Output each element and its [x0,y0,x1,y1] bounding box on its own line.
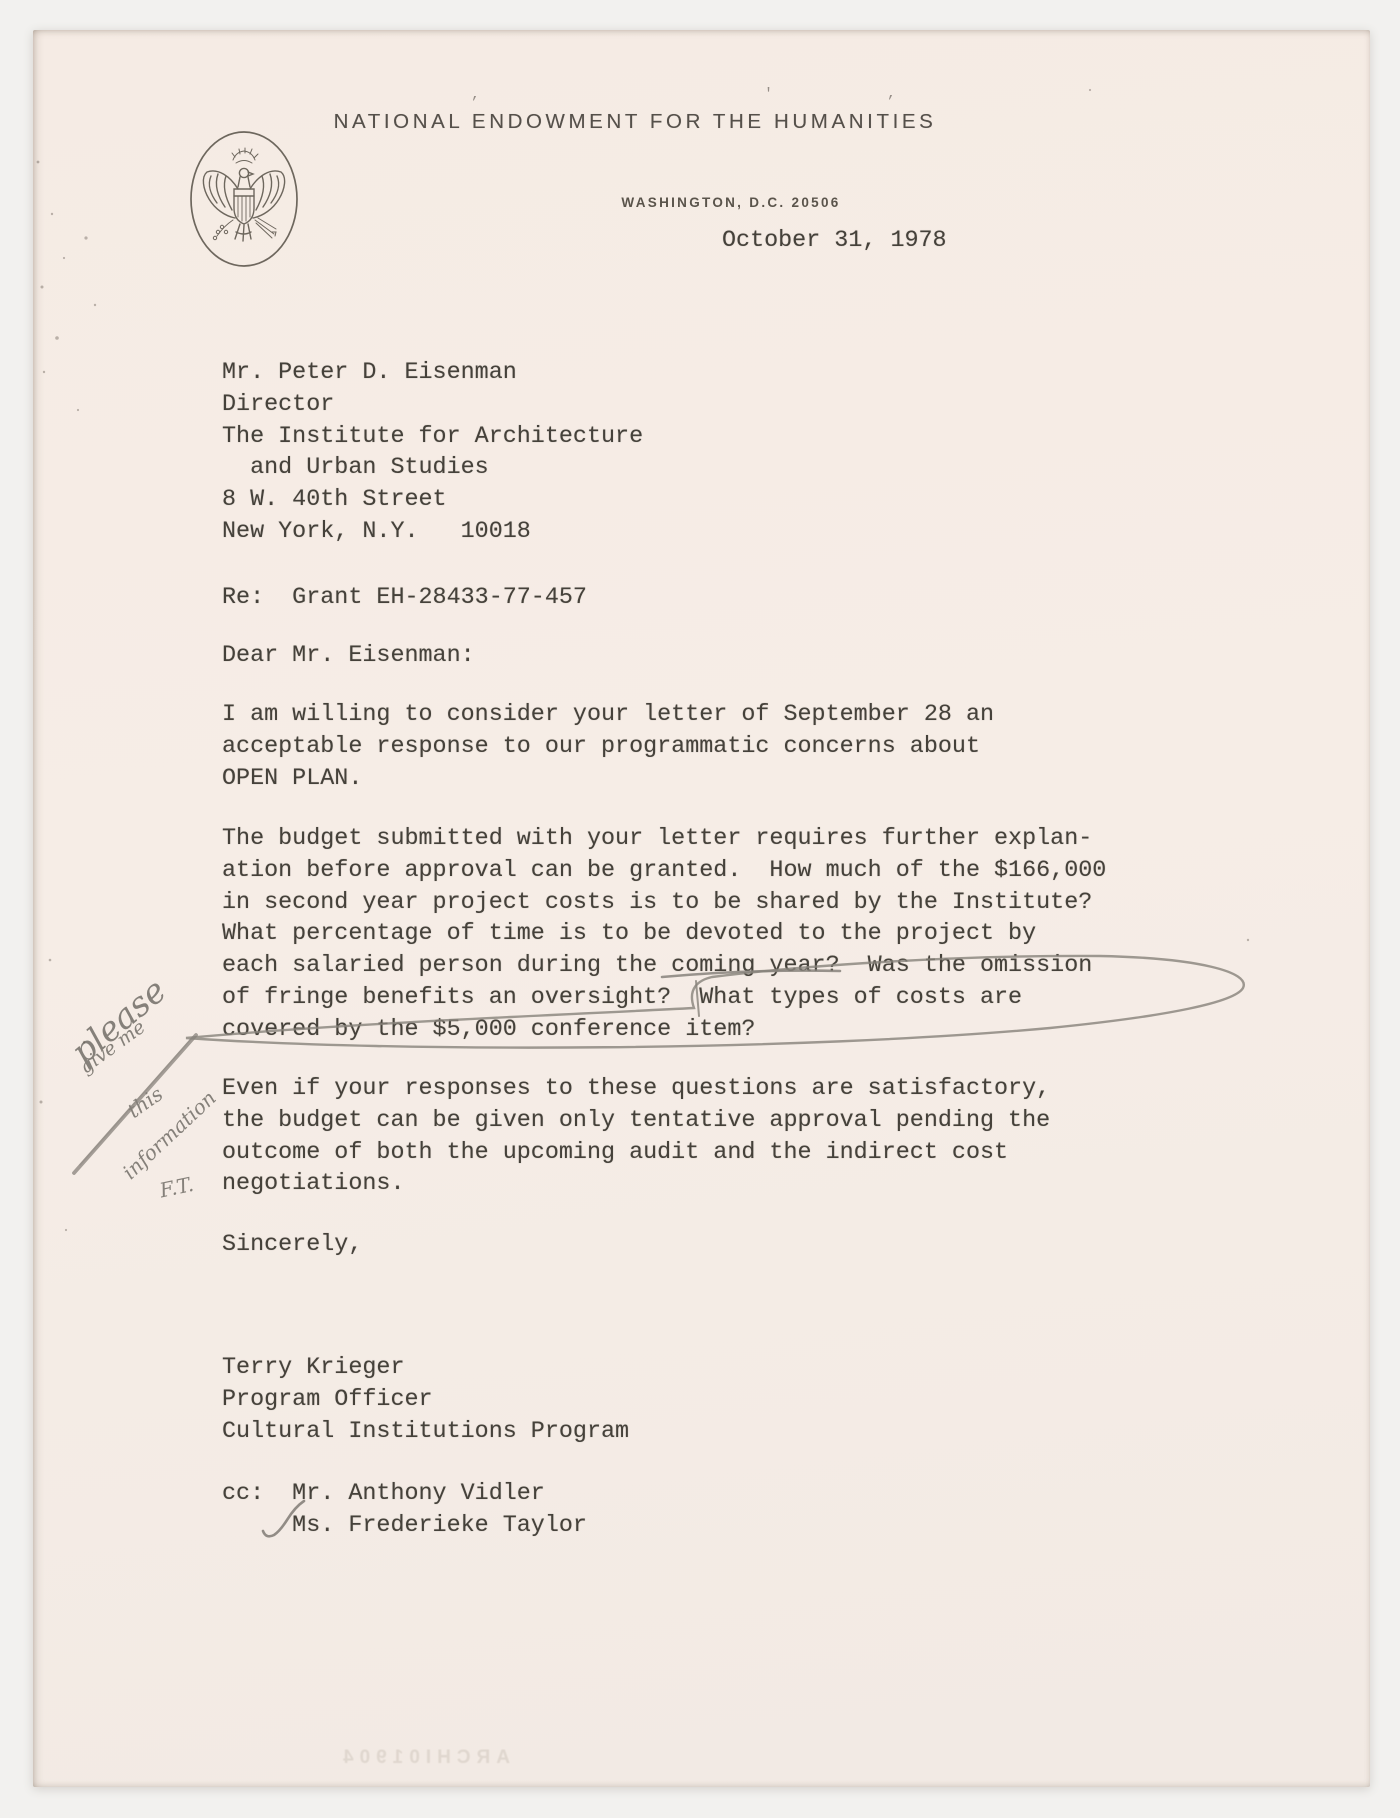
stray-mark: ’ [470,95,479,112]
closing: Sincerely, [222,1230,362,1262]
date-line: October 31, 1978 [722,226,947,258]
body-paragraph-1: I am willing to consider your letter of … [222,700,994,795]
body-paragraph-3: Even if your responses to these question… [222,1074,1050,1201]
reference-line: Re: Grant EH-28433-77-457 [222,583,587,615]
recipient-address-block: Mr. Peter D. Eisenman Director The Insti… [222,358,643,549]
stray-mark: ’ [886,94,895,111]
scanned-letter: NATIONAL ENDOWMENT FOR THE HUMANITIES WA… [0,0,1400,1818]
letterhead-city-line: WASHINGTON, D.C. 20506 [621,195,840,210]
bleed-through-text: ARCHI01904 [270,1747,510,1769]
signature-block: Terry Krieger Program Officer Cultural I… [222,1353,629,1448]
salutation: Dear Mr. Eisenman: [222,641,475,673]
great-seal-eagle-icon [186,128,302,270]
body-paragraph-2: The budget submitted with your letter re… [222,824,1106,1047]
letterhead-organization: NATIONAL ENDOWMENT FOR THE HUMANITIES [334,110,937,134]
stray-mark: ′ [764,86,773,103]
cc-block: cc: Mr. Anthony Vidler Ms. Frederieke Ta… [222,1479,587,1543]
